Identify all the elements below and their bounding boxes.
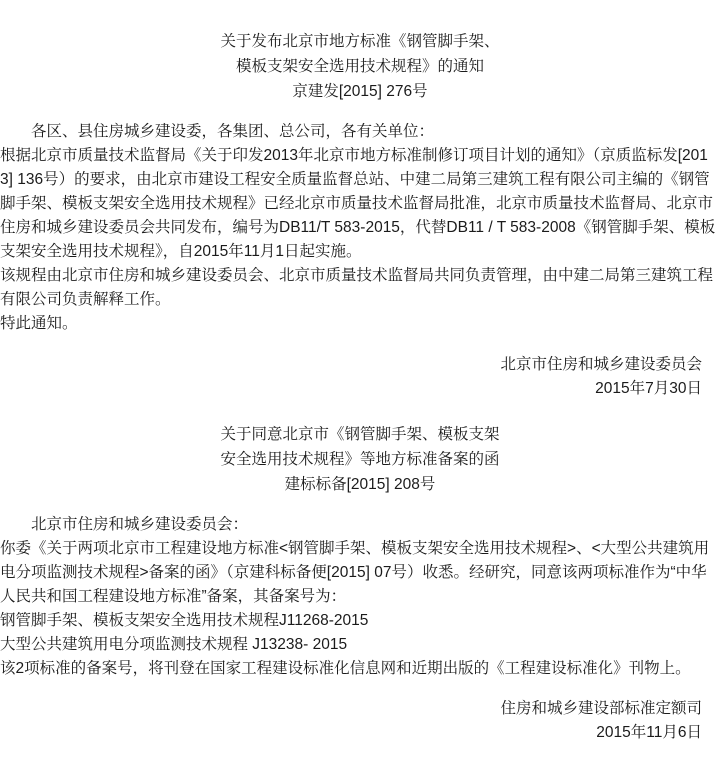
notice-2-title-block: 关于同意北京市《钢管脚手架、模板支架 安全选用技术规程》等地方标准备案的函 建标… — [0, 401, 720, 497]
notice-1-date: 2015年7月30日 — [0, 377, 702, 401]
notice-1-signature: 北京市住房和城乡建设委员会 2015年7月30日 — [0, 353, 720, 401]
notice-1-body: 各区、县住房城乡建设委，各集团、总公司，各有关单位： 根据北京市质量技术监督局《… — [0, 120, 720, 336]
notice-1-paragraph-1: 根据北京市质量技术监督局《关于印发2013年北京市地方标准制修订项目计划的通知》… — [0, 144, 720, 264]
notice-1-doc-number: 京建发[2015] 276号 — [0, 79, 720, 104]
notice-2-doc-number: 建标标备[2015] 208号 — [0, 472, 720, 497]
notice-1-title-line-2: 模板支架安全选用技术规程》的通知 — [0, 54, 720, 79]
notice-2-body: 北京市住房和城乡建设委员会： 你委《关于两项北京市工程建设地方标准<钢管脚手架、… — [0, 513, 720, 681]
notice-2-paragraph-3: 大型公共建筑用电分项监测技术规程 J13238- 2015 — [0, 633, 720, 657]
document-page: 关于发布北京市地方标准《钢管脚手架、 模板支架安全选用技术规程》的通知 京建发[… — [0, 0, 720, 765]
notice-1-paragraph-3: 特此通知。 — [0, 312, 720, 336]
notice-2-paragraph-4: 该2项标准的备案号，将刊登在国家工程建设标准化信息网和近期出版的《工程建设标准化… — [0, 657, 720, 681]
notice-1-title-block: 关于发布北京市地方标准《钢管脚手架、 模板支架安全选用技术规程》的通知 京建发[… — [0, 0, 720, 104]
notice-2-title-line-1: 关于同意北京市《钢管脚手架、模板支架 — [0, 422, 720, 447]
notice-1-paragraph-2: 该规程由北京市住房和城乡建设委员会、北京市质量技术监督局共同负责管理，由中建二局… — [0, 264, 720, 312]
notice-2-paragraph-2: 钢管脚手架、模板支架安全选用技术规程J11268-2015 — [0, 609, 720, 633]
notice-1: 关于发布北京市地方标准《钢管脚手架、 模板支架安全选用技术规程》的通知 京建发[… — [0, 0, 720, 401]
notice-2: 关于同意北京市《钢管脚手架、模板支架 安全选用技术规程》等地方标准备案的函 建标… — [0, 401, 720, 745]
notice-2-salutation: 北京市住房和城乡建设委员会： — [0, 513, 720, 537]
notice-1-salutation: 各区、县住房城乡建设委，各集团、总公司，各有关单位： — [0, 120, 720, 144]
notice-1-signer: 北京市住房和城乡建设委员会 — [0, 353, 702, 377]
notice-1-title-line-1: 关于发布北京市地方标准《钢管脚手架、 — [0, 29, 720, 54]
notice-2-title-line-2: 安全选用技术规程》等地方标准备案的函 — [0, 447, 720, 472]
notice-2-signer: 住房和城乡建设部标准定额司 — [0, 697, 702, 721]
notice-2-signature: 住房和城乡建设部标准定额司 2015年11月6日 — [0, 697, 720, 745]
notice-2-paragraph-1: 你委《关于两项北京市工程建设地方标准<钢管脚手架、模板支架安全选用技术规程>、<… — [0, 537, 720, 609]
notice-2-date: 2015年11月6日 — [0, 721, 702, 745]
